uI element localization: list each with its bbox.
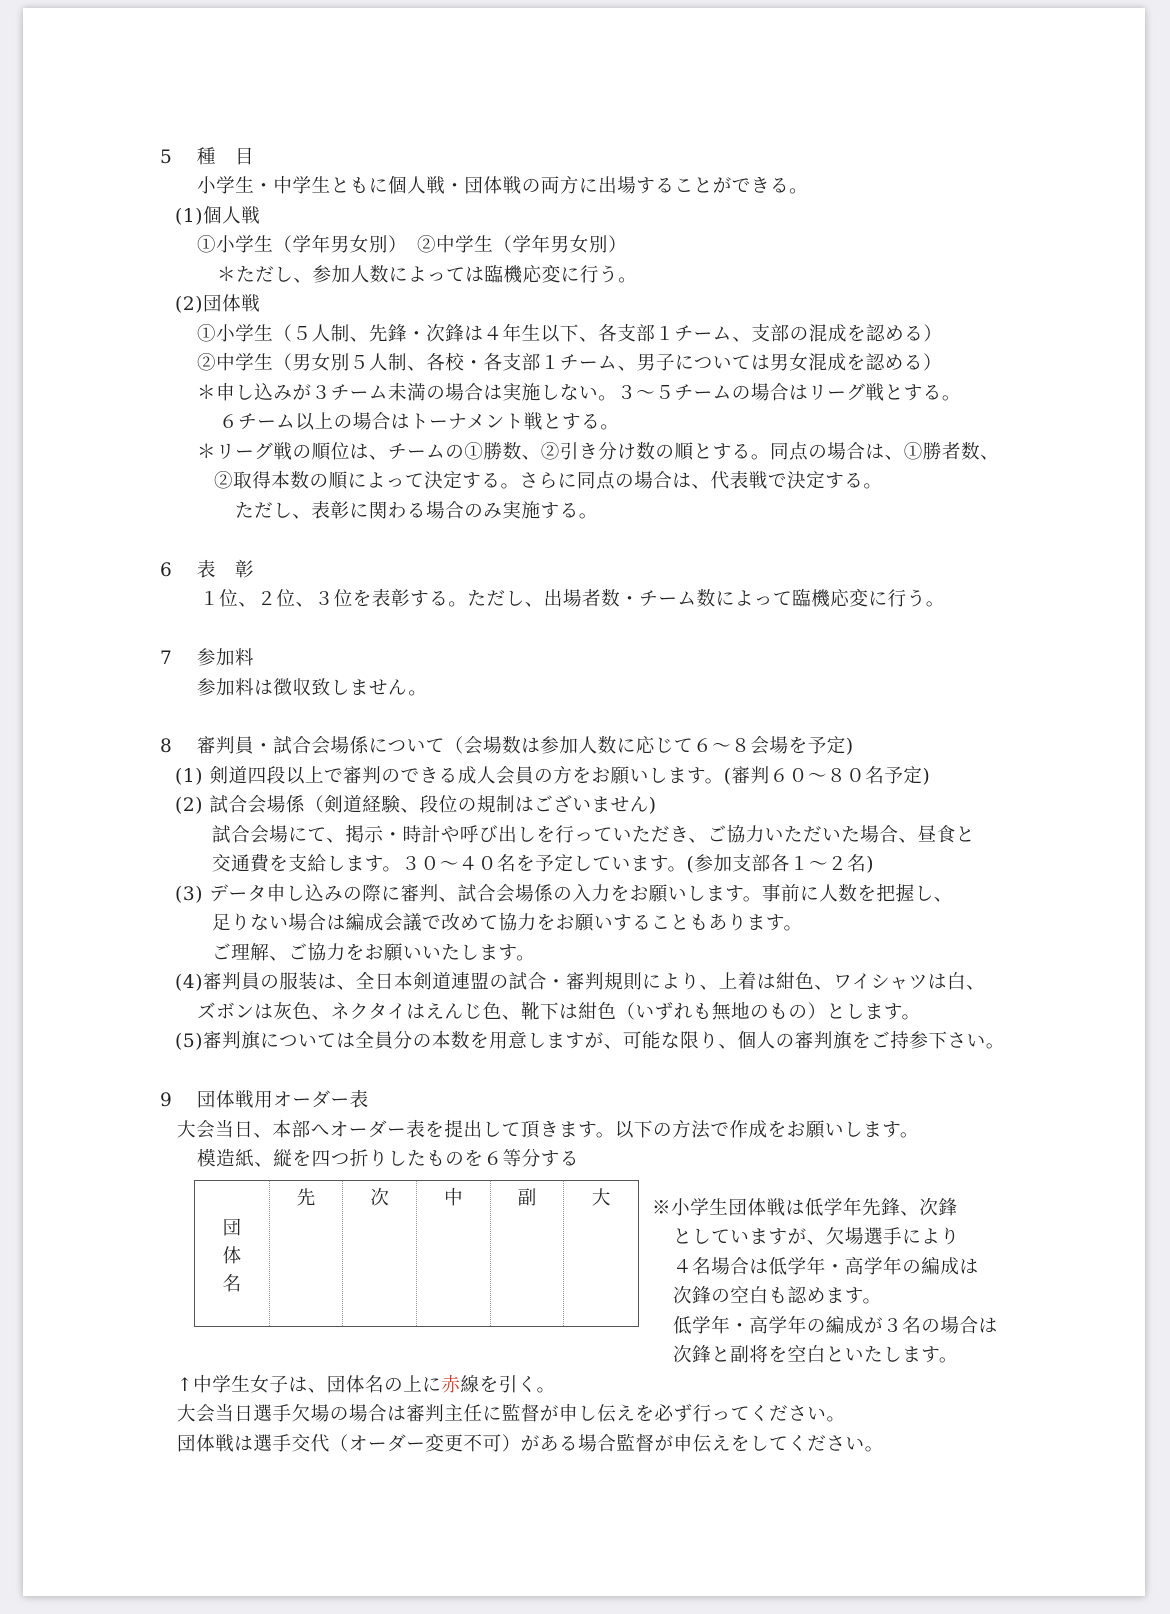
position-column-senpo: 先: [269, 1181, 343, 1326]
team-note-2b: ②取得本数の順によって決定する。さらに同点の場合は、代表戦で決定する。: [214, 470, 883, 494]
team-item-elementary: ①小学生（５人制、先鋒・次鋒は４年生以下、各支部１チーム、支部の混成を認める）: [197, 323, 942, 347]
referee-item-3a: (3) データ申し込みの際に審判、試合会場係の入力をお願いします。事前に人数を把…: [175, 883, 953, 907]
red-highlight-text: 赤: [441, 1375, 460, 1396]
team-name-char: 体: [223, 1243, 242, 1271]
venue-staff-desc-a: 試合会場にて、掲示・時計や呼び出しを行っていただき、ご協力いただいた場合、昼食と: [212, 824, 975, 848]
team-name-label: 団 体 名: [195, 1215, 269, 1299]
order-sheet-diagram: 団 体 名 先 次 中 副 大: [194, 1180, 639, 1327]
team-note-2a: ＊リーグ戦の順位は、チームの①勝数、②引き分け数の順とする。同点の場合は、①勝者…: [197, 441, 999, 465]
position-column-jiho: 次: [342, 1181, 416, 1326]
section-7-heading: 7 参加料: [160, 647, 254, 671]
section-number: 9: [160, 1090, 172, 1111]
team-note-2c: ただし、表彰に関わる場合のみ実施する。: [235, 500, 598, 524]
position-column-taisho: 大: [563, 1181, 638, 1326]
section-9-heading: 9 団体戦用オーダー表: [160, 1089, 369, 1113]
position-label: 次: [343, 1188, 416, 1210]
section-9-intro: 大会当日、本部へオーダー表を提出して頂きます。以下の方法で作成をお願いします。: [177, 1119, 919, 1143]
section-6-heading: 6 表 彰: [160, 559, 254, 583]
section-7-body: 参加料は徴収致しません。: [197, 677, 427, 701]
team-name-char: 名: [223, 1271, 242, 1299]
section-6-body: １位、２位、３位を表彰する。ただし、出場者数・チーム数によって臨機応変に行う。: [200, 588, 945, 612]
side-note-line: 次鋒の空白も認めます。: [673, 1285, 882, 1309]
section-number: 8: [160, 736, 172, 757]
side-note-line: 次鋒と副将を空白といたします。: [673, 1344, 958, 1368]
venue-staff-desc-b: 交通費を支給します。３０～４０名を予定しています。(参加支部各１～２名): [212, 853, 874, 877]
footer-note-text: 線を引く。: [461, 1375, 556, 1396]
section-5-heading: 5 種 目: [160, 146, 254, 170]
section-title: 審判員・試合会場係について（会場数は参加人数に応じて６～８会場を予定): [197, 736, 854, 757]
side-note-line: 低学年・高学年の編成が３名の場合は: [673, 1315, 998, 1339]
section-number: 6: [160, 560, 172, 581]
side-note-line: としていますが、欠場選手により: [673, 1226, 960, 1250]
individual-note: ＊ただし、参加人数によっては臨機応変に行う。: [217, 264, 637, 288]
side-note-line: ※小学生団体戦は低学年先鋒、次鋒: [652, 1197, 958, 1221]
referee-item-1: (1) 剣道四段以上で審判のできる成人会員の方をお願いします。(審判６０～８０名…: [175, 765, 930, 789]
position-label: 中: [417, 1188, 490, 1210]
team-heading: (2)団体戦: [175, 293, 260, 317]
individual-items: ①小学生（学年男女別） ②中学生（学年男女別）: [197, 234, 627, 258]
section-5-intro: 小学生・中学生ともに個人戦・団体戦の両方に出場することができる。: [197, 175, 808, 199]
order-sheet-method: 模造紙、縦を四つ折りしたものを６等分する: [197, 1148, 579, 1172]
section-title: 参加料: [197, 648, 254, 669]
document-page: 5 種 目 小学生・中学生ともに個人戦・団体戦の両方に出場することができる。 (…: [23, 8, 1145, 1596]
position-column-fukusho: 副: [490, 1181, 564, 1326]
footer-note-red-line: ↑中学生女子は、団体名の上に赤線を引く。: [177, 1374, 556, 1398]
referee-item-3c: ご理解、ご協力をお願いいたします。: [212, 942, 535, 966]
referee-item-4b: ズボンは灰色、ネクタイはえんじ色、靴下は紺色（いずれも無地のもの）とします。: [197, 1001, 921, 1025]
team-name-char: 団: [223, 1215, 242, 1243]
referee-item-3b: 足りない場合は編成会議で改めて協力をお願いすることもあります。: [212, 912, 803, 936]
position-column-chuken: 中: [416, 1181, 490, 1326]
team-name-column: 団 体 名: [195, 1181, 269, 1326]
footer-note-substitution: 団体戦は選手交代（オーダー変更不可）がある場合監督が申伝えをしてください。: [177, 1433, 884, 1457]
footer-note-text: ↑中学生女子は、団体名の上に: [177, 1375, 441, 1396]
individual-heading: (1)個人戦: [175, 205, 260, 229]
position-label: 大: [564, 1188, 638, 1210]
section-title: 団体戦用オーダー表: [197, 1090, 369, 1111]
position-label: 副: [491, 1188, 564, 1210]
referee-item-4a: (4)審判員の服装は、全日本剣道連盟の試合・審判規則により、上着は紺色、ワイシャ…: [175, 971, 985, 995]
section-number: 7: [160, 648, 172, 669]
venue-staff-heading: (2) 試合会場係（剣道経験、段位の規制はございません): [175, 794, 657, 818]
side-note-line: ４名場合は低学年・高学年の編成は: [673, 1256, 979, 1280]
section-title: 表 彰: [197, 560, 254, 581]
footer-note-absence: 大会当日選手欠場の場合は審判主任に監督が申し伝えを必ず行ってください。: [177, 1403, 846, 1427]
section-title: 種 目: [197, 147, 254, 168]
team-item-junior-high: ②中学生（男女別５人制、各校・各支部１チーム、男子については男女混成を認める）: [197, 352, 942, 376]
team-note-1b: ６チーム以上の場合はトーナメント戦とする。: [219, 411, 619, 435]
section-number: 5: [160, 147, 172, 168]
team-note-1a: ＊申し込みが３チーム未満の場合は実施しない。３～５チームの場合はリーグ戦とする。: [197, 382, 961, 406]
section-8-heading: 8 審判員・試合会場係について（会場数は参加人数に応じて６～８会場を予定): [160, 735, 854, 759]
referee-item-5: (5)審判旗については全員分の本数を用意しますが、可能な限り、個人の審判旗をご持…: [175, 1030, 1005, 1054]
position-label: 先: [270, 1188, 343, 1210]
